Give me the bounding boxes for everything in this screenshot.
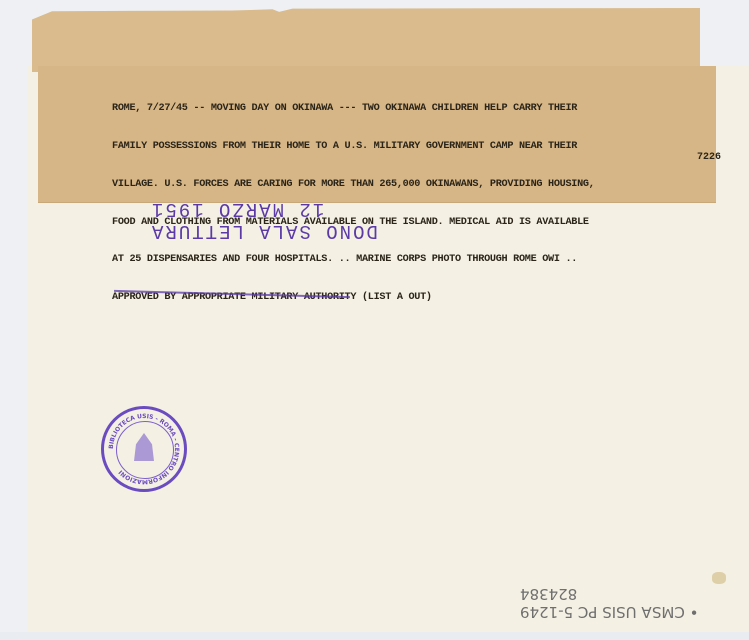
caption-paper-back bbox=[32, 8, 700, 72]
caption-line: FAMILY POSSESSIONS FROM THEIR HOME TO A … bbox=[112, 141, 732, 154]
caption-number: 7226 bbox=[697, 152, 721, 163]
scan-edge bbox=[0, 632, 749, 640]
stamp-line-2: 12 MARZO 1951 bbox=[150, 198, 400, 220]
stamp-line-1: DONO SALA LETTURA bbox=[150, 220, 400, 242]
archive-line-2: 824384 bbox=[520, 585, 730, 603]
archive-note: • CMSA USIS PC 5-1249 824384 bbox=[520, 585, 730, 621]
paper-stain bbox=[712, 572, 726, 584]
archive-line-1: • CMSA USIS PC 5-1249 bbox=[520, 603, 730, 621]
round-seal-stamp: BIBLIOTECA USIS - ROMA - CENTRO INFORMAZ… bbox=[101, 406, 187, 492]
svg-text:BIBLIOTECA USIS - ROMA - CENTR: BIBLIOTECA USIS - ROMA - CENTRO INFORMAZ… bbox=[108, 413, 180, 485]
seal-ring-text: BIBLIOTECA USIS - ROMA - CENTRO INFORMAZ… bbox=[104, 409, 184, 489]
library-stamp: DONO SALA LETTURA 12 MARZO 1951 bbox=[150, 198, 400, 242]
caption-line: AT 25 DISPENSARIES AND FOUR HOSPITALS. .… bbox=[112, 254, 732, 267]
caption-line: VILLAGE. U.S. FORCES ARE CARING FOR MORE… bbox=[112, 179, 732, 192]
caption-line: ROME, 7/27/45 -- MOVING DAY ON OKINAWA -… bbox=[112, 103, 732, 116]
